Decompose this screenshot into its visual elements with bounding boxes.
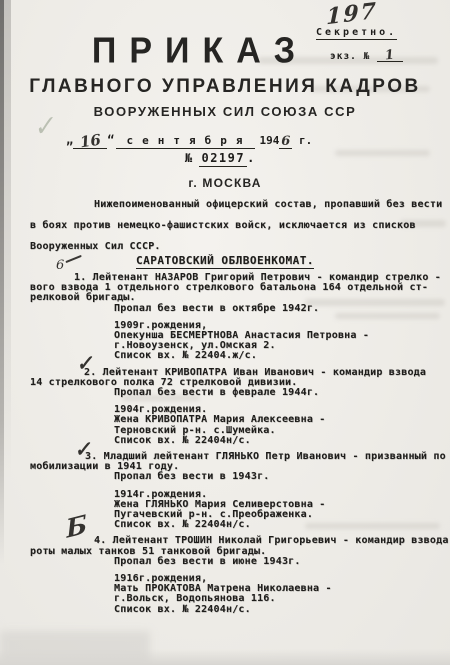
document-title: ПРИКАЗ <box>0 31 400 72</box>
missing-status-line: Пропал без вести в 1943г. <box>30 472 446 482</box>
scanned-order-document: ✓ 197 Секретно. экз. № 1 ПРИКАЗ ГЛАВНОГО… <box>0 0 450 665</box>
order-number-line: № 02197. <box>185 151 254 165</box>
entry-1: 1. Лейтенант НАЗАРОВ Григорий Петрович -… <box>30 273 446 362</box>
entry-3: 3. Младший лейтенант ГЛЯНЬКО Петр Иванов… <box>30 452 446 530</box>
entry-details: 1904г.рождения. Жена КРИВОПАТРА Мария Ал… <box>30 405 446 446</box>
city-line: г. МОСКВА <box>0 176 450 190</box>
intro-line: в боях против немецко-фашистских войск, … <box>30 215 444 236</box>
missing-status-line: Пропал без вести в феврале 1944г. <box>30 388 446 398</box>
month: сентября <box>116 134 255 149</box>
org-line-1: ГЛАВНОГО УПРАВЛЕНИЯ КАДРОВ <box>0 76 450 98</box>
year-prefix: 194 <box>259 134 279 147</box>
entries-list: 1. Лейтенант НАЗАРОВ Григорий Петрович -… <box>30 267 446 615</box>
entry-details: 1914г.рождения. Жена ГЛЯНЬКО Мария Селив… <box>30 490 446 531</box>
handwritten-day: 16 <box>79 131 102 152</box>
order-number-period: . <box>247 151 254 165</box>
number-sign: № <box>185 151 192 165</box>
close-quote: “ <box>107 133 114 147</box>
pen-check-entry-2: ✓ <box>75 350 94 376</box>
entry-details: 1916г.рождения, Мать ПРОКАТОВА Матрена Н… <box>30 574 446 615</box>
detail-line: Список вх. № 22404н/с. <box>30 520 446 530</box>
entry-4: 4. Лейтенант ТРОШИН Николай Григорьевич … <box>30 536 446 614</box>
handwritten-page-number: 197 <box>326 0 378 30</box>
pen-check-entry-3: ✓ <box>73 436 92 462</box>
missing-status-line: Пропал без вести в июне 1943г. <box>30 557 446 567</box>
intro-paragraph: Нижепоименованный офицерский состав, про… <box>30 194 444 257</box>
detail-line: Список вх. № 22404н/с. <box>30 436 446 446</box>
year-suffix: г. <box>299 134 312 147</box>
scan-edge-shadow-soft <box>4 0 11 480</box>
pen-flourish-entry-4: Б <box>65 509 88 544</box>
detail-line: Список вх. № 22404н/с. <box>30 605 446 615</box>
pen-mark-glyph: 6 <box>56 258 64 273</box>
year-digit-underline: 6 <box>279 133 292 149</box>
handwritten-year-digit: 6 <box>281 134 290 149</box>
order-number: 02197 <box>199 151 247 167</box>
intro-line: Нижепоименованный офицерский состав, про… <box>30 194 444 215</box>
org-line-2: ВООРУЖЕННЫХ СИЛ СОЮЗА ССР <box>0 104 450 119</box>
scan-bottom-shadow <box>0 649 450 665</box>
bleed-through-artifact <box>335 150 430 156</box>
missing-status-line: Пропал без вести в октябре 1942г. <box>30 304 446 314</box>
day-underline: 16 <box>73 130 107 149</box>
open-quote: „ <box>66 133 73 147</box>
entry-details: 1909г.рождения, Опекунша БЕСМЕРТНОВА Ана… <box>30 321 446 362</box>
pen-mark-entry-1: 6 <box>56 258 64 273</box>
date-line: „16“сентября1946 г. <box>66 130 312 149</box>
entry-2: 2. Лейтенант КРИВОПАТРА Иван Иванович - … <box>30 368 446 446</box>
